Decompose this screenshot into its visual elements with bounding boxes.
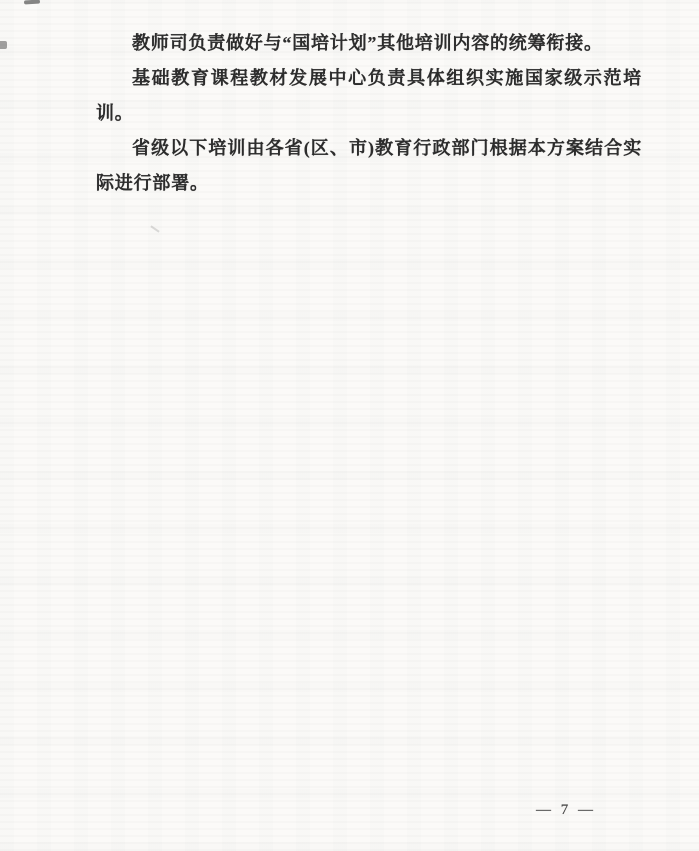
page-number: — 7 —: [536, 802, 596, 819]
paragraph: 教师司负责做好与“国培计划”其他培训内容的统筹衔接。: [96, 26, 642, 61]
document-page: 教师司负责做好与“国培计划”其他培训内容的统筹衔接。基础教育课程教材发展中心负责…: [0, 0, 699, 851]
body-text: 教师司负责做好与“国培计划”其他培训内容的统筹衔接。基础教育课程教材发展中心负责…: [96, 26, 642, 201]
scan-artifact-top: [24, 0, 40, 5]
scan-artifact-left: [0, 41, 7, 49]
paragraph: 基础教育课程教材发展中心负责具体组织实施国家级示范培训。: [96, 61, 642, 131]
scan-artifact-speck: [150, 225, 159, 232]
paragraph: 省级以下培训由各省(区、市)教育行政部门根据本方案结合实际进行部署。: [96, 131, 642, 201]
